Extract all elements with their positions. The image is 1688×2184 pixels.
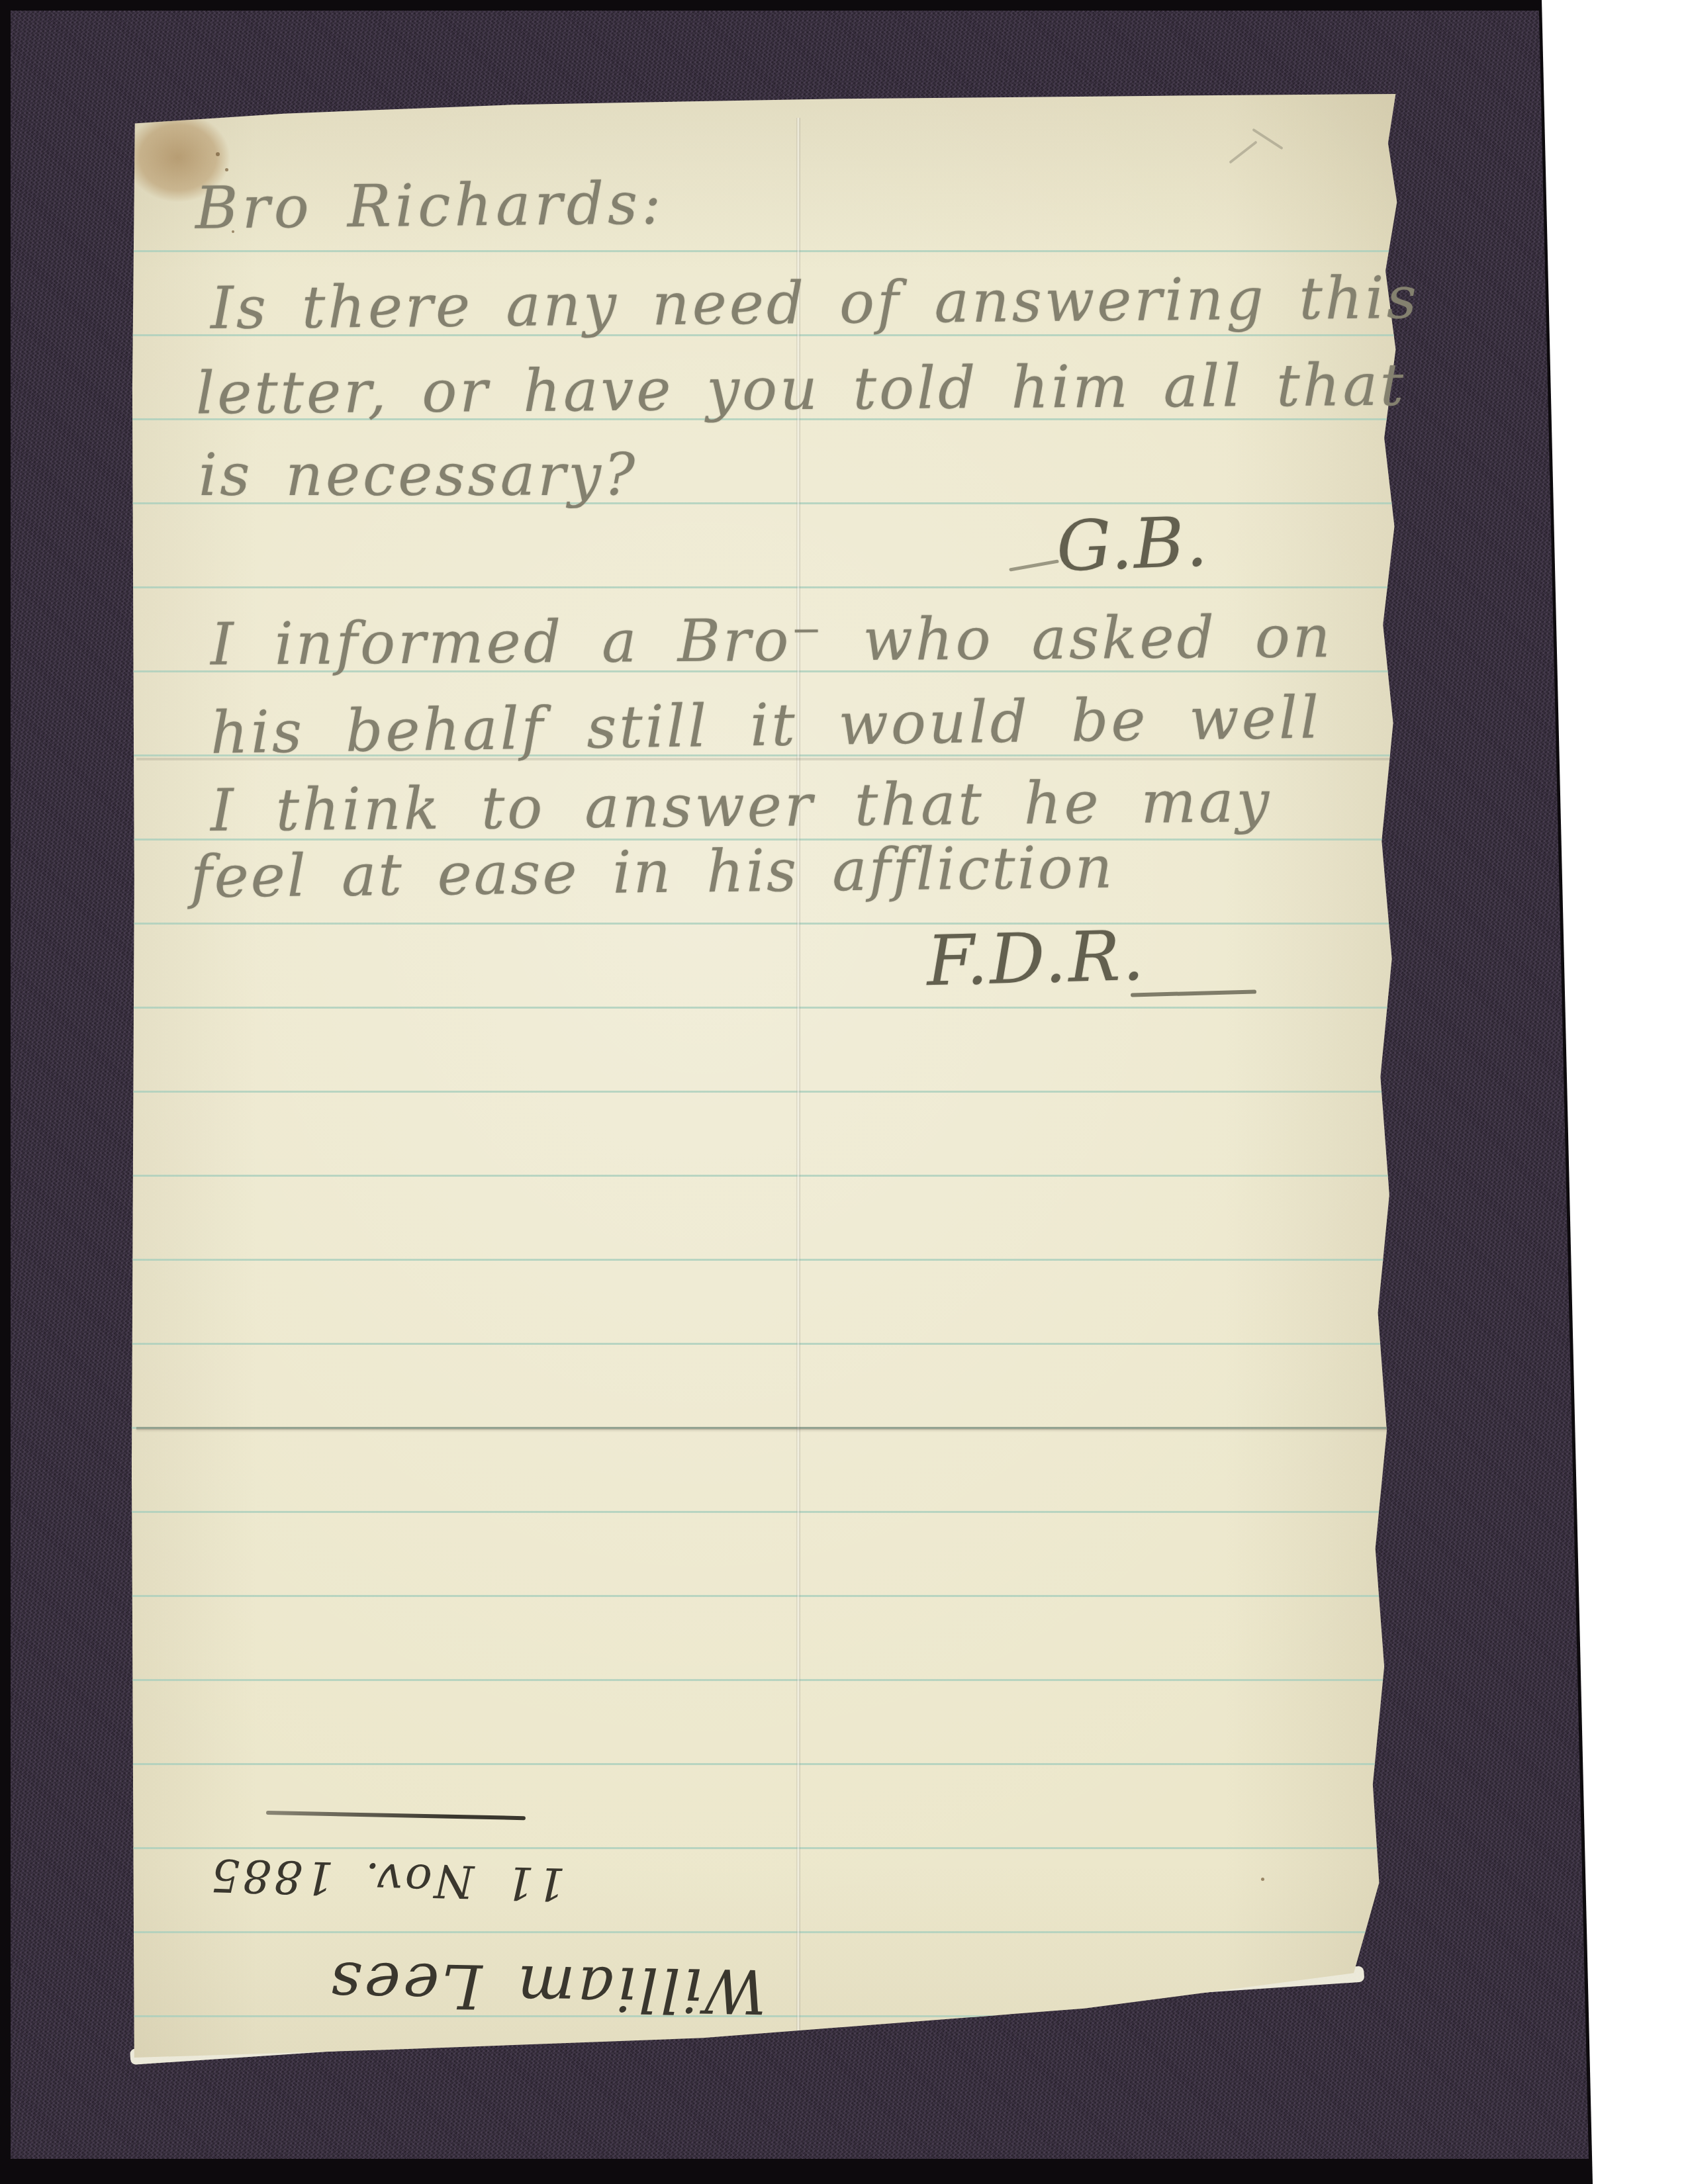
- docket-date: 11 Nov. 1885: [208, 1847, 566, 1911]
- ruled-lines: [131, 250, 1402, 2060]
- letter-reply-line4: feel at ease in his affliction: [190, 833, 1115, 912]
- paper-speck: [225, 168, 228, 171]
- letter-salutation: Bro Richards:: [195, 168, 665, 243]
- initials-fdr: F.D.R.: [925, 915, 1147, 1003]
- fold-crease-horizontal-lower: [136, 1427, 1394, 1430]
- letter-question-line1: Is there any need of answering this: [211, 263, 1420, 343]
- docket-name: William Lees: [327, 1946, 767, 2027]
- letter-question-line3: is necessary?: [199, 440, 637, 510]
- paper-speck: [216, 152, 220, 156]
- scanned-letter-page: Bro Richards: Is there any need of answe…: [0, 0, 1688, 2184]
- letter-reply-line1: I informed a Bro⁻ who asked on: [211, 602, 1333, 679]
- paper-speck: [1261, 1878, 1264, 1881]
- letter-question-line2: letter, or have you told him all that: [196, 350, 1407, 428]
- initials-gb: G.B.: [1055, 500, 1210, 588]
